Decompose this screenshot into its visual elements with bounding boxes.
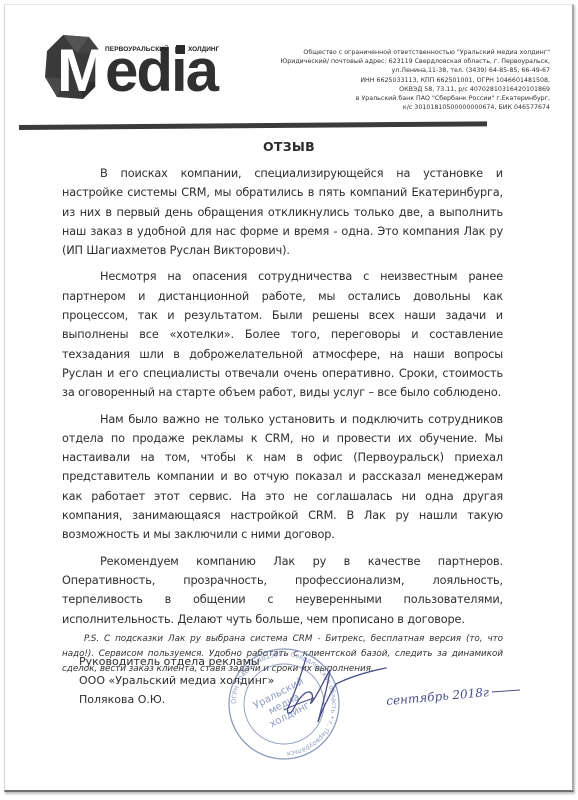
handwritten-signature-icon xyxy=(278,650,388,730)
paragraph: Несмотря на опасения сотрудничества с не… xyxy=(62,267,503,402)
company-requisites: Общество с ограниченной ответственностью… xyxy=(220,48,550,112)
signature-block: Руководитель отдела рекламы ООО «Уральск… xyxy=(79,652,274,709)
requisites-line: ул.Ленина,11-38, тел. (3439) 64-85-85, 6… xyxy=(220,66,550,75)
requisites-line: в Уральский банк ПАО "Сбербанк России" г… xyxy=(220,94,550,103)
handwritten-date-text: сентябрь 2018г xyxy=(386,685,490,708)
logo-tagline-right: ХОЛДИНГ xyxy=(188,46,219,53)
paragraph: В поисках компании, специализирующейся н… xyxy=(62,164,503,260)
requisites-line: Юридический/ почтовый адрес: 623119 Свер… xyxy=(220,57,550,66)
company-logo: Media ПЕРВОУРАЛЬСКИЙ ХОЛДИНГ xyxy=(43,33,233,105)
document-title: ОТЗЫВ xyxy=(0,139,578,154)
handwritten-date-icon: сентябрь 2018г xyxy=(384,680,524,710)
signatory-name: Полякова О.Ю. xyxy=(79,690,274,709)
document-body: В поисках компании, специализирующейся н… xyxy=(62,164,503,677)
requisites-line: ОКВЭД 58, 73.11, р/с 4070281031642010186… xyxy=(220,85,550,94)
signatory-company: ООО «Уральский медиа холдинг» xyxy=(79,671,274,690)
requisites-line: Общество с ограниченной ответственностью… xyxy=(220,48,550,57)
logo-square-mark xyxy=(176,45,185,54)
logo-tagline-left: ПЕРВОУРАЛЬСКИЙ xyxy=(105,46,169,53)
signatory-position: Руководитель отдела рекламы xyxy=(79,652,274,671)
requisites-line: к/с 30101810500000000674, БИК 046577674 xyxy=(220,103,550,112)
header-divider xyxy=(19,121,487,130)
paragraph: Нам было важно не только установить и по… xyxy=(62,410,503,545)
paragraph: Рекомендуем компанию Лак ру в качестве п… xyxy=(62,552,503,629)
requisites-line: ИНН 6625033113, КПП 662501001, ОГРН 1046… xyxy=(220,76,550,85)
